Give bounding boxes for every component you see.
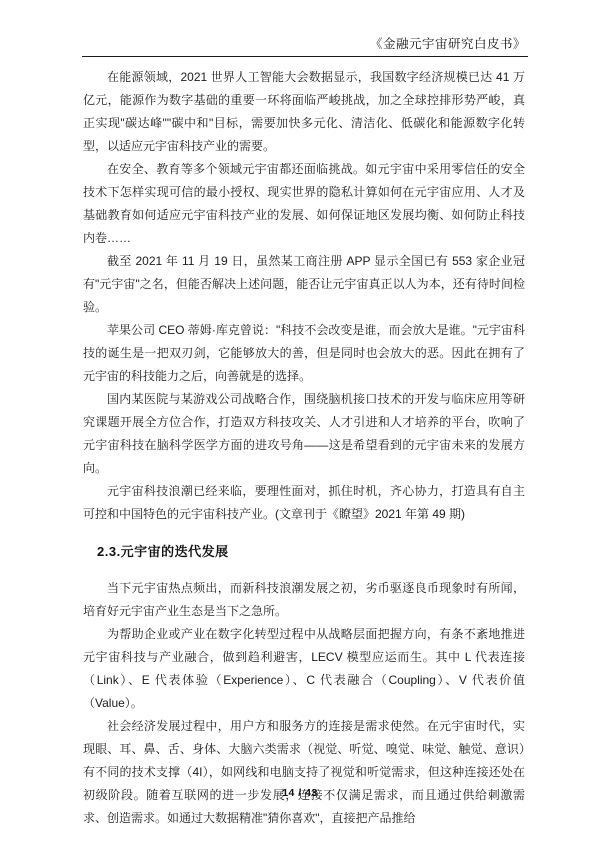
paragraph: 在能源领域，2021 世界人工智能大会数据显示，我国数字经济规模已达 41 万亿…	[83, 66, 525, 158]
paragraph: 为帮助企业或产业在数字化转型过程中从战略层面把握方向，有条不紊地推进元宇宙科技与…	[83, 623, 525, 715]
paragraph: 当下元宇宙热点频出，而新科技浪潮发展之初，劣币驱逐良币现象时有所闻，培育好元宇宙…	[83, 577, 525, 623]
document-body: 在能源领域，2021 世界人工智能大会数据显示，我国数字经济规模已达 41 万亿…	[83, 66, 525, 830]
paragraph: 苹果公司 CEO 蒂姆·库克曾说："科技不会改变是谁，而会放大是谁。"元宇宙科技…	[83, 319, 525, 388]
paragraph: 在安全、教育等多个领域元宇宙都还面临挑战。如元宇宙中采用零信任的安全技术下怎样实…	[83, 158, 525, 250]
paragraph: 元宇宙科技浪潮已经来临，要理性面对，抓住时机，齐心协力，打造具有自主可控和中国特…	[83, 480, 525, 526]
paragraph: 国内某医院与某游戏公司战略合作，围绕脑机接口技术的开发与临床应用等研究课题开展全…	[83, 388, 525, 480]
section-heading: 2.3.元宇宙的迭代发展	[97, 540, 525, 563]
header-book-title: 《金融元宇宙研究白皮书》	[83, 36, 526, 52]
paragraph: 社会经济发展过程中，用户方和服务方的连接是需求使然。在元宇宙时代，实现眼、耳、鼻…	[83, 715, 525, 830]
page-number: 14 / 43	[0, 787, 600, 799]
document-page: 《金融元宇宙研究白皮书》 在能源领域，2021 世界人工智能大会数据显示，我国数…	[0, 0, 600, 848]
paragraph: 截至 2021 年 11 月 19 日，虽然某工商注册 APP 显示全国已有 5…	[83, 250, 525, 319]
header-divider	[82, 56, 528, 57]
